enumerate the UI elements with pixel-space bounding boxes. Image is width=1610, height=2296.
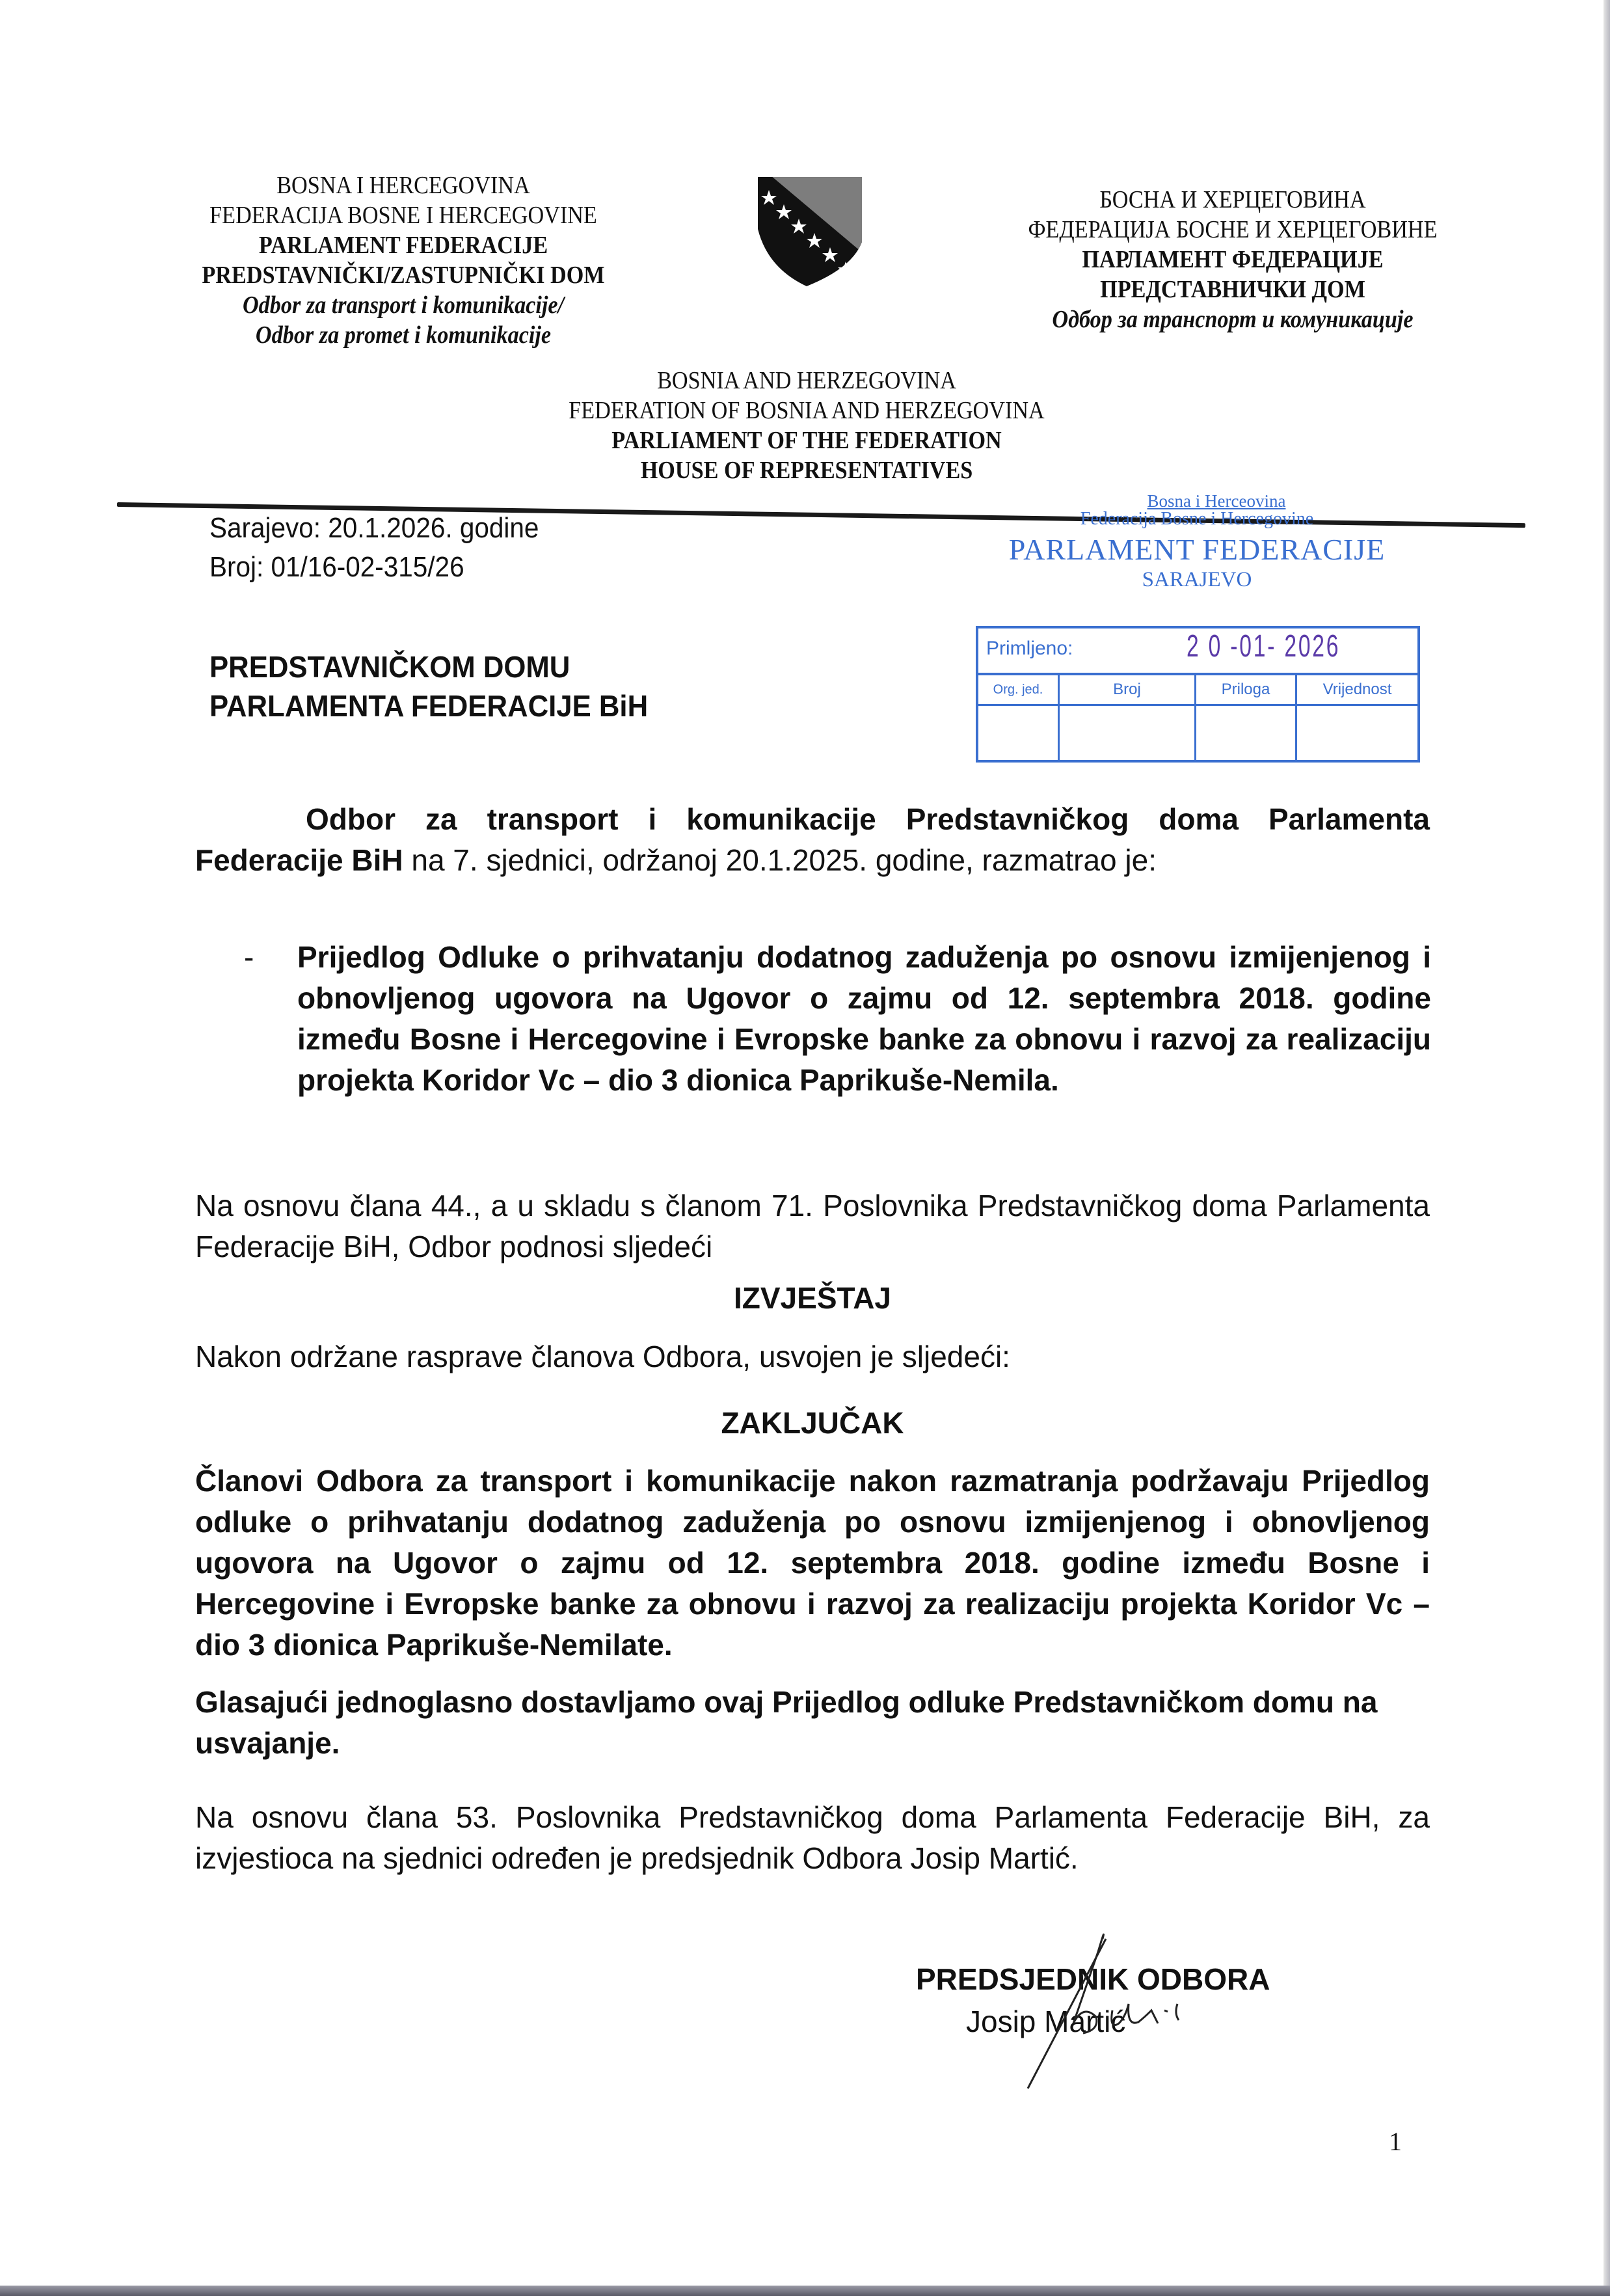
intro-rest: na 7. sjednici, održanoj 20.1.2025. godi… bbox=[403, 843, 1157, 877]
after-debate-paragraph: Nakon održane rasprave članova Odbora, u… bbox=[195, 1336, 1430, 1377]
stamp-col-value: Vrijednost bbox=[1297, 675, 1417, 706]
header-right-line: ФЕДЕРАЦИЈА БОСНЕ И ХЕРЦЕГОВИНЕ bbox=[990, 215, 1476, 245]
conclusion-vote: Glasajući jednoglasno dostavljamo ovaj P… bbox=[195, 1682, 1430, 1764]
header-right-line: БОСНА И ХЕРЦЕГОВИНА bbox=[990, 185, 1476, 215]
header-en-line: FEDERATION OF BOSNIA AND HERZEGOVINA bbox=[502, 396, 1111, 425]
header-left-line: FEDERACIJA BOSNE I HERCEGOVINE bbox=[175, 200, 632, 230]
page-number: 1 bbox=[1389, 2126, 1402, 2157]
header-en-line: BOSNIA AND HERZEGOVINA bbox=[502, 366, 1111, 396]
stamp-col-number: Broj bbox=[1060, 675, 1194, 706]
legal-basis-paragraph: Na osnovu člana 44., a u skladu s članom… bbox=[195, 1185, 1430, 1267]
conclusion-paragraph: Članovi Odbora za transport i komunikaci… bbox=[195, 1461, 1430, 1666]
scan-edge-right bbox=[1603, 0, 1610, 2296]
header-right: БОСНА И ХЕРЦЕГОВИНА ФЕДЕРАЦИЈА БОСНЕ И Х… bbox=[990, 185, 1476, 334]
header-left-line: Odbor za promet i komunikacije bbox=[175, 320, 632, 350]
stamp-box: Primljeno: 2 0 -01- 2026 Org. jed. Broj … bbox=[976, 626, 1420, 763]
header-en-line: PARLIAMENT OF THE FEDERATION bbox=[502, 425, 1111, 455]
stamp-line: SARAJEVO bbox=[969, 568, 1425, 592]
stamp-line: Federacija Bosne i Hercegovine bbox=[969, 509, 1425, 530]
stamp-col-org: Org. jed. bbox=[978, 675, 1058, 706]
rapporteur-paragraph: Na osnovu člana 53. Poslovnika Predstavn… bbox=[195, 1797, 1430, 1879]
scan-edge-bottom bbox=[0, 2286, 1610, 2296]
header-right-line: ПАРЛАМЕНТ ФЕДЕРАЦИЈЕ bbox=[990, 245, 1476, 275]
header-left: BOSNA I HERCEGOVINA FEDERACIJA BOSNE I H… bbox=[175, 170, 632, 350]
intro-paragraph: Odbor za transport i komunikacije Predst… bbox=[195, 799, 1430, 881]
document-number: Broj: 01/16-02-315/26 bbox=[209, 548, 464, 586]
conclusion-heading: ZAKLJUČAK bbox=[195, 1405, 1430, 1440]
place-date: Sarajevo: 20.1.2026. godine bbox=[209, 509, 539, 547]
recipient: PREDSTAVNIČKOM DOMU PARLAMENTA FEDERACIJ… bbox=[209, 647, 648, 725]
agenda-item: - Prijedlog Odluke o prihvatanju dodatno… bbox=[244, 937, 1431, 1101]
report-heading: IZVJEŠTAJ bbox=[195, 1280, 1430, 1316]
handwritten-signature-icon bbox=[943, 1926, 1216, 2095]
header-left-line: Odbor za transport i komunikacije/ bbox=[175, 290, 632, 320]
coat-of-arms-icon bbox=[755, 170, 865, 288]
header-right-line: Одбор за транспорт и комуникације bbox=[990, 304, 1476, 334]
list-dash: - bbox=[244, 937, 254, 978]
received-label: Primljeno: bbox=[986, 638, 1073, 660]
received-date: 2 0 -01- 2026 bbox=[1187, 628, 1340, 664]
received-stamp: Bosna i Herceovina Federacija Bosne i He… bbox=[969, 491, 1425, 592]
header-english: BOSNIA AND HERZEGOVINA FEDERATION OF BOS… bbox=[502, 366, 1111, 485]
recipient-line: PREDSTAVNIČKOM DOMU bbox=[209, 647, 648, 686]
stamp-col-attachments: Priloga bbox=[1196, 675, 1295, 706]
recipient-line: PARLAMENTA FEDERACIJE BiH bbox=[209, 686, 648, 725]
header-right-line: ПРЕДСТАВНИЧКИ ДОМ bbox=[990, 275, 1476, 304]
header-left-line: PREDSTAVNIČKI/ZASTUPNIČKI DOM bbox=[175, 260, 632, 290]
header-left-line: PARLAMENT FEDERACIJE bbox=[175, 230, 632, 260]
stamp-line: PARLAMENT FEDERACIJE bbox=[969, 532, 1425, 567]
header-en-line: HOUSE OF REPRESENTATIVES bbox=[502, 455, 1111, 485]
agenda-item-text: Prijedlog Odluke o prihvatanju dodatnog … bbox=[297, 937, 1431, 1101]
header-left-line: BOSNA I HERCEGOVINA bbox=[175, 170, 632, 200]
